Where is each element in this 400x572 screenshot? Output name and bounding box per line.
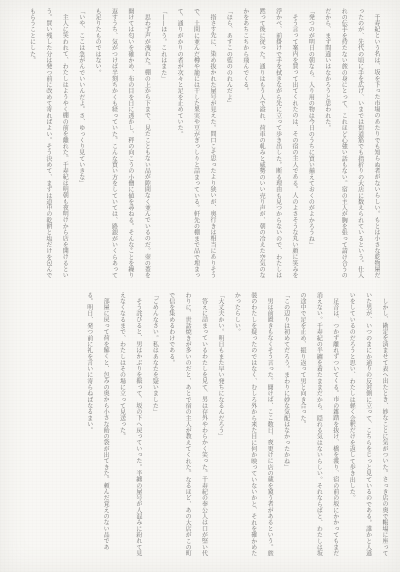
- dialogue-line: 「ごめんなさい。私はあなたを疑いました」: [146, 292, 162, 558]
- paragraph: しかし、勘定を済ませて表へ出たとき、妙なことに気がついた。さっき店の奥で帳場に座…: [343, 292, 392, 558]
- text-block-bottom: しかし、勘定を済ませて表へ出たとき、妙なことに気がついた。さっき店の奥で帳場に座…: [8, 292, 392, 558]
- paragraph: 思わず声が洩れた。棚の上から下まで、見たこともない品が隙間なく並んでいるのだ。壺…: [89, 8, 155, 280]
- paragraph: 指さす先に、染め抜かれた屋号が見えた。間口こそ思ったより狭いが、奥行きは相当にあ…: [171, 8, 220, 280]
- paragraph: 足音は、つかず離れずついてくる。市の雑踏を抜け、橋を渡り、宿の前の坂にかかっても…: [294, 292, 343, 558]
- text-block-top: 千寿紀という名は、坂を下った市場のあたりでも知らぬ者がないらしい。もとは小さな乾…: [12, 8, 384, 280]
- dialogue-line: 「いや、ここは急がんでいいんだよ。さ、ゆっくり見ていきな」: [72, 8, 88, 280]
- paragraph: そう詫びると、男はかぶりを振って、坂の下へ戻っていった。半纏の屋号が人混みに紛れ…: [113, 292, 146, 558]
- paragraph: 答えに詰まっているわたしを見て、男は存外やわらかく笑った。千寿紀の奉公人は口が堅…: [162, 292, 211, 558]
- paragraph: 主人に笑われて、わたしはようやく棚の前を離れた。千寿紀は明朝も夜明けから店を開け…: [23, 8, 72, 280]
- dialogue-line: 「ほら、あすこの藍ののれんだよ」: [220, 8, 236, 280]
- paragraph: 部屋に戻って荷を解くと、包みの奥から小さな飴の袋が出てきた。頼んだ覚えのない品で…: [80, 292, 113, 558]
- paragraph: 男は前置きもなくそう言った。聞けば、ここ数日、夜更けに店の蔵を窺う者があるという…: [228, 292, 277, 558]
- scanned-book-page: 千寿紀という名は、坂を下った市場のあたりでも知らぬ者がないらしい。もとは小さな乾…: [0, 0, 400, 572]
- dialogue-line: 「——ほう。これはまた」: [154, 8, 170, 280]
- dialogue-line: 「発つのが明日の朝なら、入り用の物は今日のうちに買い揃えておくのがよかろうね」: [302, 8, 318, 280]
- paragraph: 千寿紀という名は、坂を下った市場のあたりでも知らぬ者がないらしい。もとは小さな乾…: [318, 8, 384, 280]
- dialogue-line: 「大丈夫かい。明日もまた早い発ちになるんだろう」: [212, 292, 228, 558]
- dialogue-line: 「この辺りは初めてだろう。まわりに妙な気配はなかったかね」: [277, 292, 293, 558]
- paragraph: そう言って案内を買って出てくれたのは、その宿の主人である。人のよさそうな丸い顔に…: [236, 8, 302, 280]
